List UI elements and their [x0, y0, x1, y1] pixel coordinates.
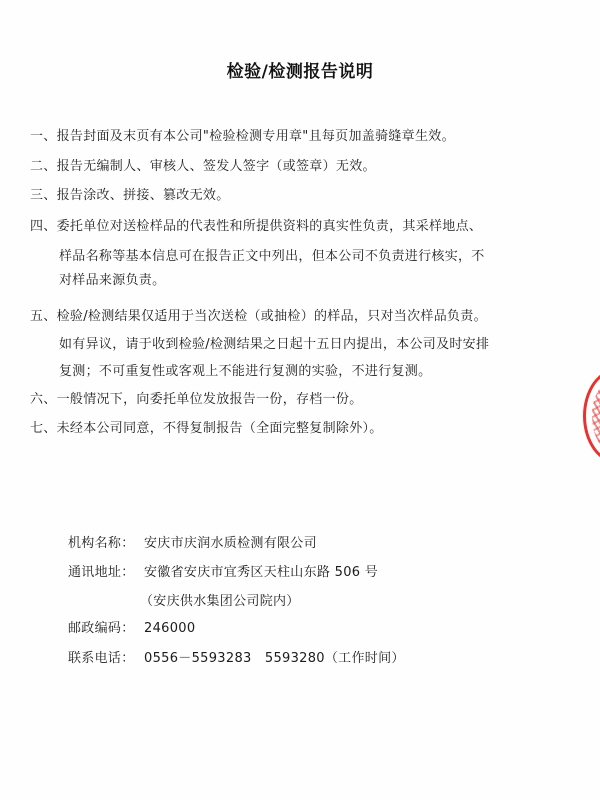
item-text: 报告涂改、拼接、篡改无效。 — [57, 188, 230, 203]
postcode-label: 邮政编码： — [68, 617, 144, 636]
list-item-6: 六、一般情况下，向委托单位发放报告一份，存档一份。 — [30, 388, 363, 407]
list-item-5-continuation: 如有异议，请于收到检验/检测结果之日起十五日内提出，本公司及时安排 — [59, 333, 489, 352]
item-number: 二、 — [30, 159, 57, 174]
item-text: 检验/检测结果仅适用于当次送检（或抽检）的样品，只对当次样品负责。 — [57, 309, 487, 324]
list-item-4: 四、委托单位对送检样品的代表性和所提供资料的真实性负责，其采样地点、 — [30, 215, 482, 234]
address-note: （安庆供水集团公司院内） — [140, 590, 300, 609]
item-text: 委托单位对送检样品的代表性和所提供资料的真实性负责，其采样地点、 — [57, 219, 483, 234]
postcode-row: 邮政编码：246000 — [68, 617, 195, 636]
item-number: 六、 — [30, 392, 57, 407]
item-text: 报告封面及末页有本公司"检验检测专用章"且每页加盖骑缝章生效。 — [57, 129, 455, 144]
org-name-label: 机构名称： — [68, 532, 144, 551]
address-row: 通讯地址：安徽省安庆市宜秀区天柱山东路 506 号 — [68, 561, 378, 580]
list-item-4-continuation: 样品名称等基本信息可在报告正文中列出，但本公司不负责进行核实，不 — [59, 245, 485, 264]
item-number: 四、 — [30, 219, 57, 234]
item-number: 七、 — [30, 421, 57, 436]
org-name-row: 机构名称：安庆市庆润水质检测有限公司 — [68, 532, 317, 551]
item-number: 五、 — [30, 309, 57, 324]
item-text: 一般情况下，向委托单位发放报告一份，存档一份。 — [57, 392, 363, 407]
list-item-5: 五、检验/检测结果仅适用于当次送检（或抽检）的样品，只对当次样品负责。 — [30, 305, 487, 324]
list-item-2: 二、报告无编制人、审核人、签发人签字（或签章）无效。 — [30, 155, 376, 174]
list-item-3: 三、报告涂改、拼接、篡改无效。 — [30, 184, 230, 203]
item-text: 未经本公司同意，不得复制报告（全面完整复制除外）。 — [57, 421, 383, 436]
seal-pattern — [592, 381, 600, 451]
document-page: 检验/检测报告说明 一、报告封面及末页有本公司"检验检测专用章"且每页加盖骑缝章… — [0, 0, 600, 800]
phone-label: 联系电话： — [68, 647, 144, 666]
postcode-value: 246000 — [144, 621, 195, 636]
phone-row: 联系电话：0556－5593283 5593280（工作时间） — [68, 647, 405, 666]
list-item-7: 七、未经本公司同意，不得复制报告（全面完整复制除外）。 — [30, 417, 383, 436]
red-seal-stamp — [583, 368, 600, 464]
list-item-4-continuation: 对样品来源负责。 — [59, 269, 165, 288]
list-item-1: 一、报告封面及末页有本公司"检验检测专用章"且每页加盖骑缝章生效。 — [30, 125, 455, 144]
address-value: 安徽省安庆市宜秀区天柱山东路 506 号 — [144, 565, 378, 580]
document-title: 检验/检测报告说明 — [0, 57, 600, 82]
item-number: 三、 — [30, 188, 57, 203]
item-text: 报告无编制人、审核人、签发人签字（或签章）无效。 — [57, 159, 376, 174]
org-name-value: 安庆市庆润水质检测有限公司 — [144, 536, 317, 551]
phone-value: 0556－5593283 5593280（工作时间） — [144, 651, 405, 666]
item-number: 一、 — [30, 129, 57, 144]
address-label: 通讯地址： — [68, 561, 144, 580]
list-item-5-continuation: 复测；不可重复性或客观上不能进行复测的实验，不进行复测。 — [59, 360, 431, 379]
